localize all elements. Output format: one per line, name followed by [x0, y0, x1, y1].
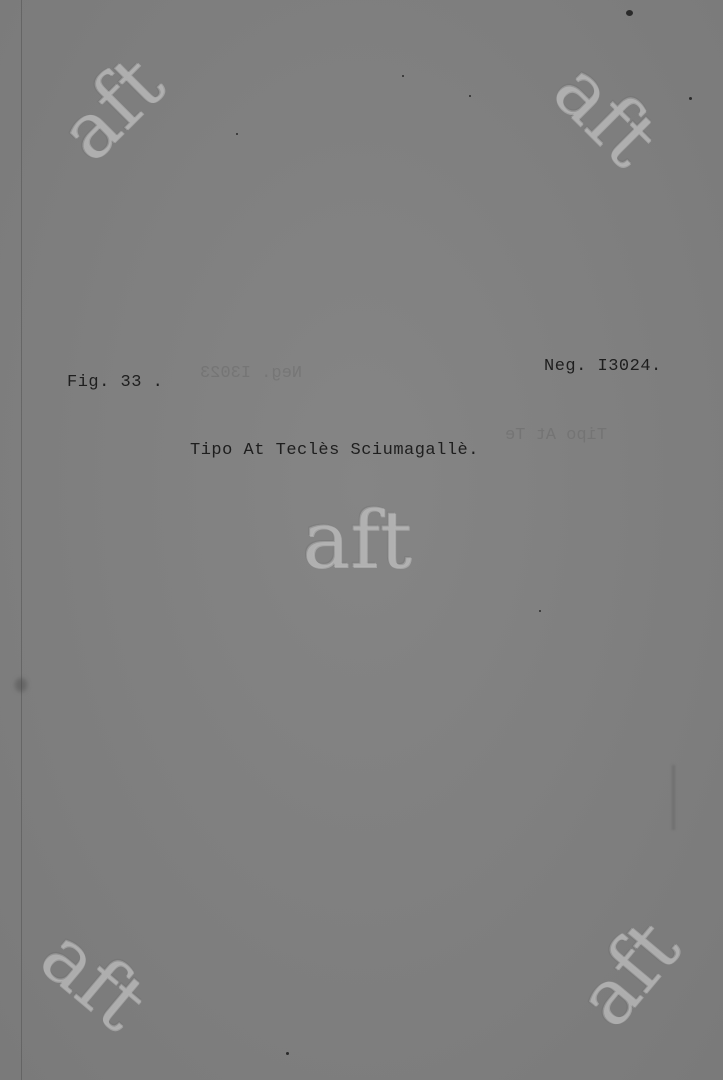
bleed-through-caption: Tipo At Te	[505, 426, 607, 445]
dust-speck	[402, 75, 404, 77]
film-edge-line	[21, 0, 22, 1080]
watermark-top-right: aft	[540, 49, 671, 180]
dust-speck	[236, 133, 238, 135]
dust-speck	[539, 610, 541, 612]
dust-speck	[286, 1052, 289, 1055]
photo-caption: Tipo At Teclès Sciumagallè.	[190, 441, 479, 460]
scratch-mark	[672, 765, 675, 830]
film-edge-blot	[15, 678, 27, 692]
scanned-caption-card: Neg. I3023 Tipo At Te Fig. 33 . Neg. I30…	[0, 0, 723, 1080]
figure-label: Fig. 33 .	[67, 373, 163, 392]
dust-speck	[469, 95, 471, 97]
dust-speck	[689, 97, 692, 100]
bleed-through-negative-number: Neg. I3023	[200, 364, 302, 383]
negative-number: Neg. I3024.	[544, 357, 662, 376]
watermark-bottom-right: aft	[564, 908, 692, 1040]
watermark-center: aft	[302, 500, 411, 580]
watermark-top-left: aft	[46, 44, 177, 175]
watermark-bottom-left: aft	[27, 915, 159, 1043]
dust-speck	[626, 10, 633, 16]
